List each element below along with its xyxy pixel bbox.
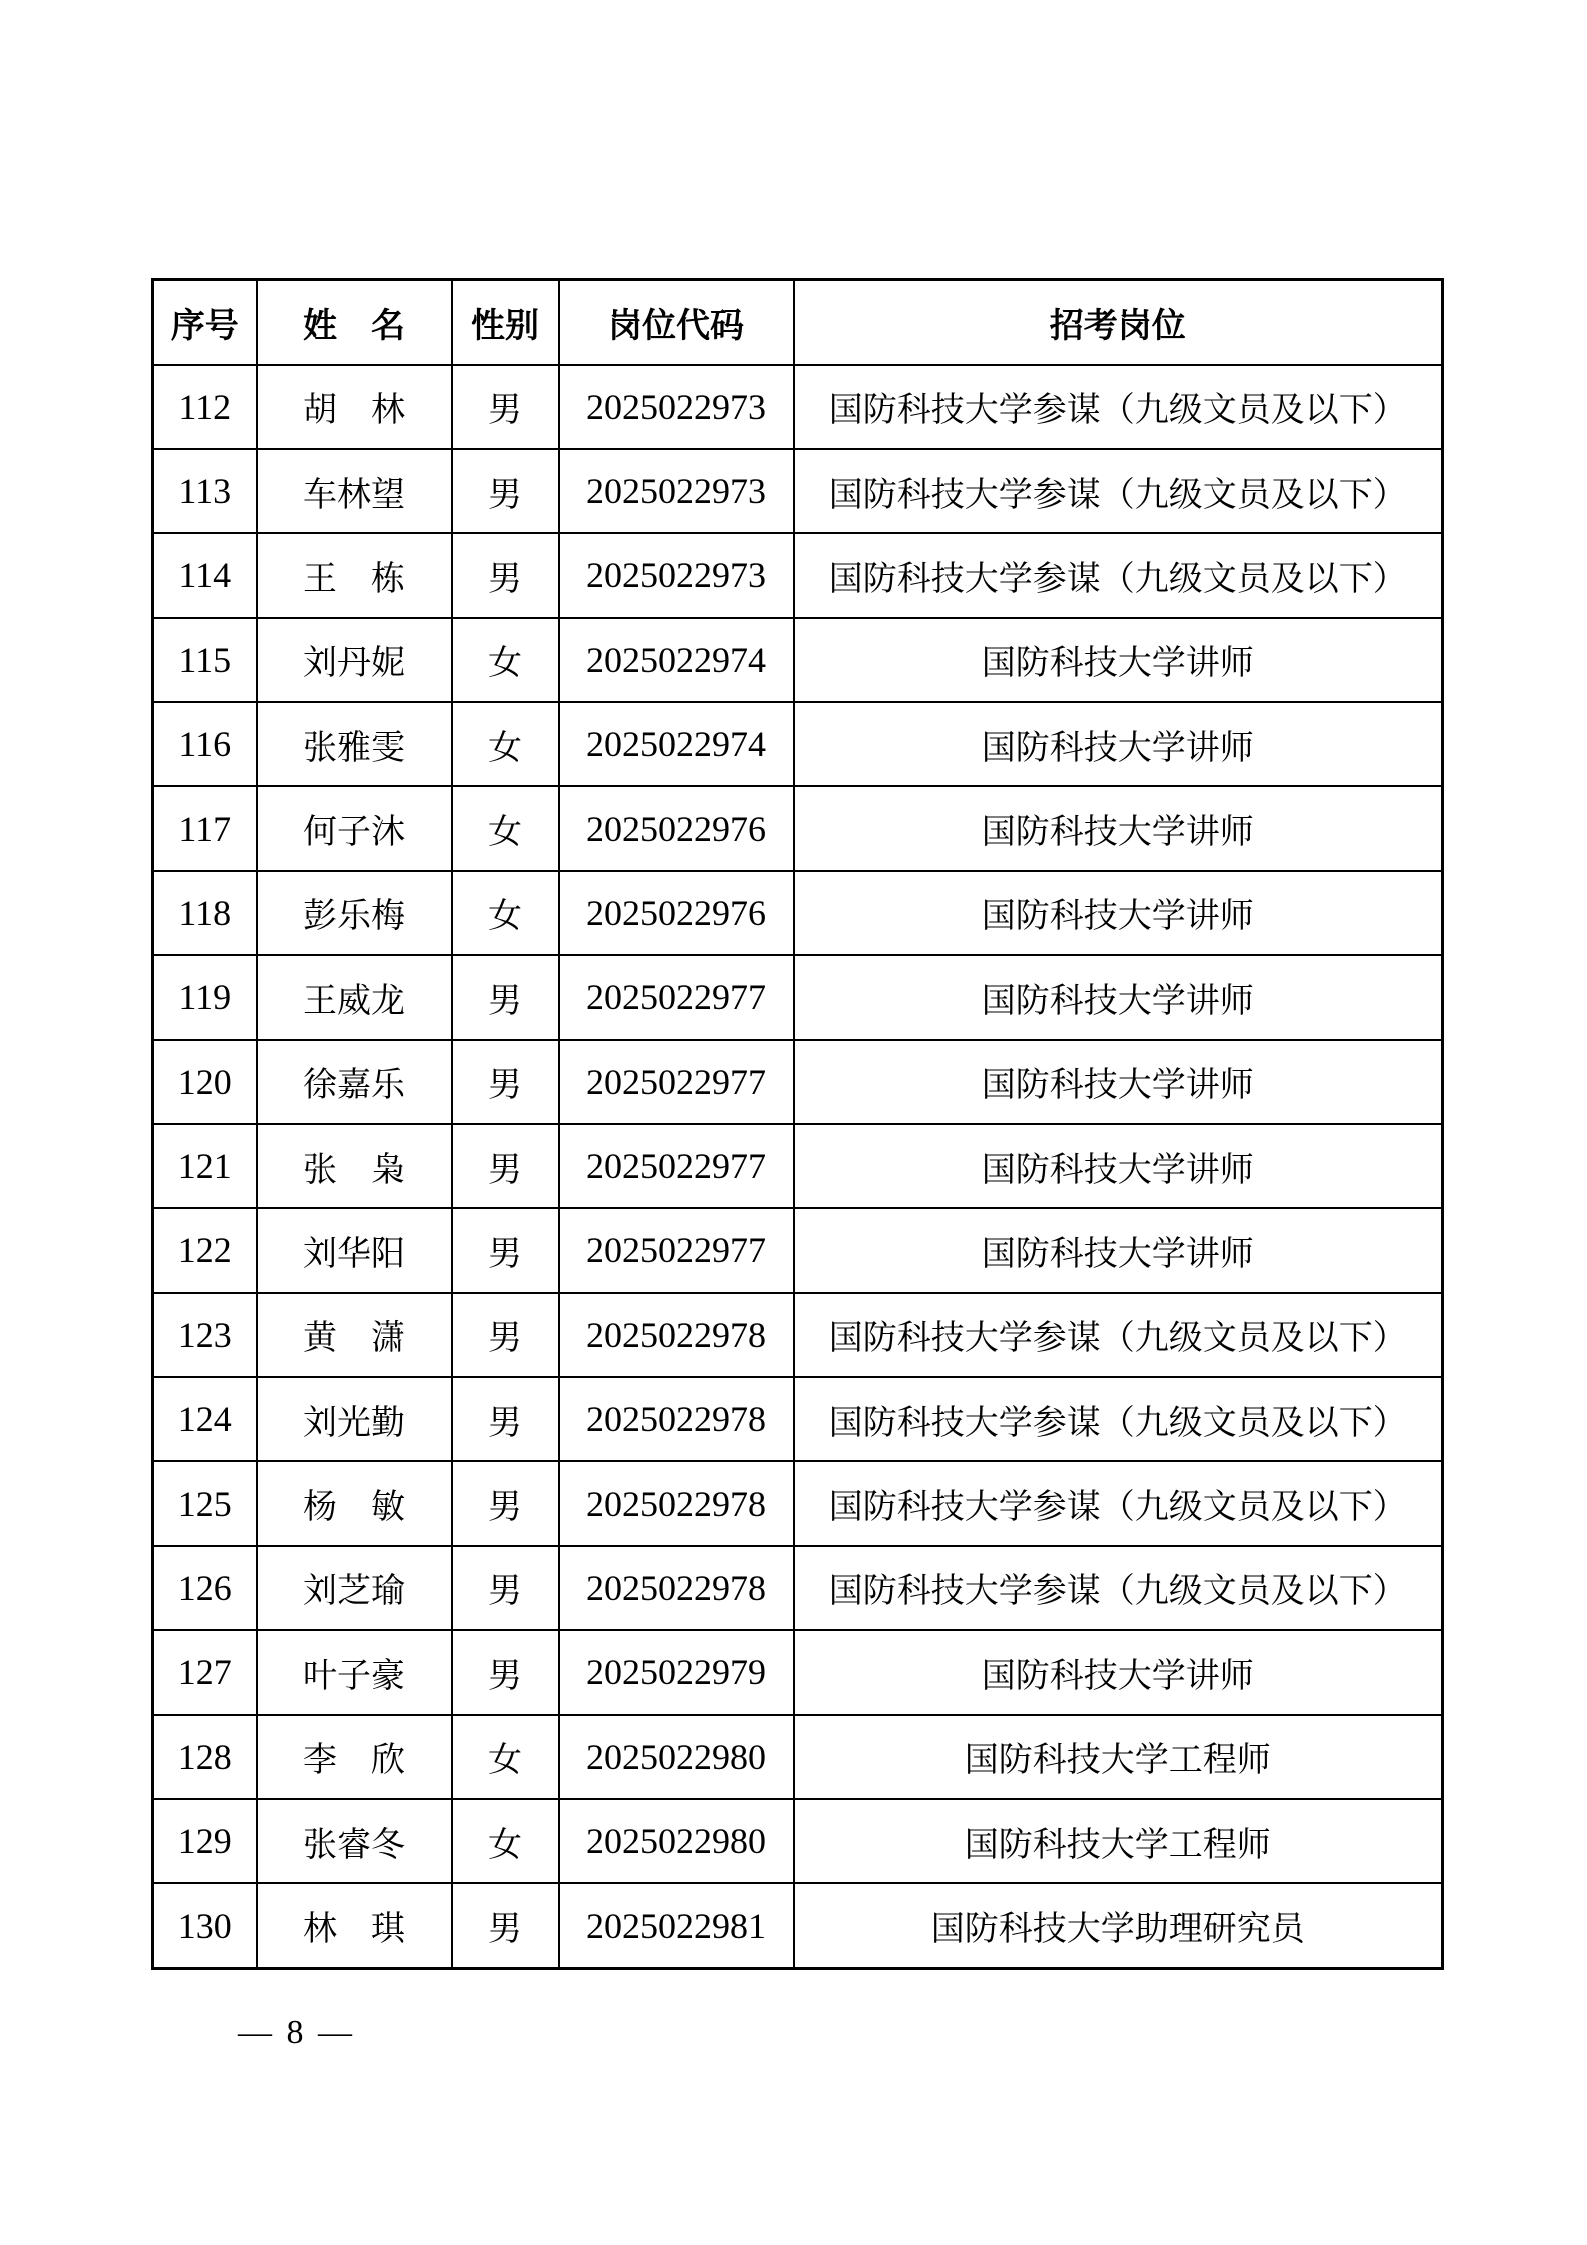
cell-gender: 男: [452, 365, 559, 449]
cell-name: 何子沐: [257, 786, 452, 870]
cell-gender: 女: [452, 618, 559, 702]
cell-serial-number: 129: [153, 1799, 257, 1883]
header-cell-serial-number: 序号: [153, 280, 257, 365]
cell-gender: 男: [452, 1124, 559, 1208]
table-row: 130 林 琪 男 2025022981 国防科技大学助理研究员: [153, 1883, 1443, 1968]
table-row: 122 刘华阳 男 2025022977 国防科技大学讲师: [153, 1208, 1443, 1292]
cell-recruitment-position: 国防科技大学参谋（九级文员及以下）: [794, 1293, 1443, 1377]
table-row: 125 杨 敏 男 2025022978 国防科技大学参谋（九级文员及以下）: [153, 1461, 1443, 1545]
cell-name: 张睿冬: [257, 1799, 452, 1883]
cell-position-code: 2025022981: [559, 1883, 794, 1968]
cell-position-code: 2025022980: [559, 1715, 794, 1799]
table-row: 120 徐嘉乐 男 2025022977 国防科技大学讲师: [153, 1040, 1443, 1124]
cell-serial-number: 114: [153, 533, 257, 617]
cell-position-code: 2025022974: [559, 618, 794, 702]
header-cell-gender: 性别: [452, 280, 559, 365]
cell-recruitment-position: 国防科技大学参谋（九级文员及以下）: [794, 1377, 1443, 1461]
cell-position-code: 2025022973: [559, 449, 794, 533]
cell-gender: 男: [452, 1293, 559, 1377]
cell-position-code: 2025022974: [559, 702, 794, 786]
cell-serial-number: 120: [153, 1040, 257, 1124]
cell-position-code: 2025022976: [559, 871, 794, 955]
cell-name: 杨 敏: [257, 1461, 452, 1545]
cell-name: 林 琪: [257, 1883, 452, 1968]
table-row: 126 刘芝瑜 男 2025022978 国防科技大学参谋（九级文员及以下）: [153, 1546, 1443, 1630]
cell-recruitment-position: 国防科技大学参谋（九级文员及以下）: [794, 533, 1443, 617]
cell-gender: 男: [452, 955, 559, 1039]
cell-recruitment-position: 国防科技大学讲师: [794, 1124, 1443, 1208]
cell-name: 李 欣: [257, 1715, 452, 1799]
table-row: 121 张 枭 男 2025022977 国防科技大学讲师: [153, 1124, 1443, 1208]
cell-gender: 女: [452, 1799, 559, 1883]
cell-serial-number: 123: [153, 1293, 257, 1377]
cell-serial-number: 119: [153, 955, 257, 1039]
cell-serial-number: 115: [153, 618, 257, 702]
cell-serial-number: 126: [153, 1546, 257, 1630]
table-row: 116 张雅雯 女 2025022974 国防科技大学讲师: [153, 702, 1443, 786]
cell-position-code: 2025022973: [559, 533, 794, 617]
cell-recruitment-position: 国防科技大学讲师: [794, 955, 1443, 1039]
cell-name: 王威龙: [257, 955, 452, 1039]
cell-gender: 男: [452, 1883, 559, 1968]
cell-gender: 男: [452, 1630, 559, 1714]
cell-recruitment-position: 国防科技大学讲师: [794, 618, 1443, 702]
cell-recruitment-position: 国防科技大学参谋（九级文员及以下）: [794, 1546, 1443, 1630]
cell-name: 王 栋: [257, 533, 452, 617]
table-row: 115 刘丹妮 女 2025022974 国防科技大学讲师: [153, 618, 1443, 702]
cell-serial-number: 112: [153, 365, 257, 449]
table-row: 119 王威龙 男 2025022977 国防科技大学讲师: [153, 955, 1443, 1039]
cell-name: 黄 潇: [257, 1293, 452, 1377]
cell-gender: 男: [452, 449, 559, 533]
cell-recruitment-position: 国防科技大学讲师: [794, 702, 1443, 786]
cell-recruitment-position: 国防科技大学讲师: [794, 786, 1443, 870]
cell-serial-number: 121: [153, 1124, 257, 1208]
table-row: 118 彭乐梅 女 2025022976 国防科技大学讲师: [153, 871, 1443, 955]
cell-position-code: 2025022978: [559, 1293, 794, 1377]
cell-recruitment-position: 国防科技大学讲师: [794, 871, 1443, 955]
table-row: 124 刘光勤 男 2025022978 国防科技大学参谋（九级文员及以下）: [153, 1377, 1443, 1461]
cell-name: 张 枭: [257, 1124, 452, 1208]
cell-gender: 男: [452, 1546, 559, 1630]
cell-recruitment-position: 国防科技大学讲师: [794, 1630, 1443, 1714]
cell-gender: 男: [452, 1208, 559, 1292]
cell-name: 张雅雯: [257, 702, 452, 786]
cell-position-code: 2025022980: [559, 1799, 794, 1883]
document-page: 序号 姓 名 性别 岗位代码 招考岗位 112 胡 林 男 2025022973…: [0, 0, 1587, 2245]
cell-serial-number: 118: [153, 871, 257, 955]
cell-name: 刘芝瑜: [257, 1546, 452, 1630]
header-cell-name: 姓 名: [257, 280, 452, 365]
cell-gender: 男: [452, 1040, 559, 1124]
cell-name: 徐嘉乐: [257, 1040, 452, 1124]
cell-recruitment-position: 国防科技大学助理研究员: [794, 1883, 1443, 1968]
cell-position-code: 2025022977: [559, 1124, 794, 1208]
cell-recruitment-position: 国防科技大学参谋（九级文员及以下）: [794, 449, 1443, 533]
cell-serial-number: 116: [153, 702, 257, 786]
header-cell-recruitment-position: 招考岗位: [794, 280, 1443, 365]
cell-gender: 女: [452, 786, 559, 870]
cell-gender: 男: [452, 1377, 559, 1461]
header-row: 序号 姓 名 性别 岗位代码 招考岗位: [153, 280, 1443, 365]
cell-name: 胡 林: [257, 365, 452, 449]
cell-serial-number: 117: [153, 786, 257, 870]
cell-gender: 女: [452, 871, 559, 955]
cell-serial-number: 128: [153, 1715, 257, 1799]
header-cell-position-code: 岗位代码: [559, 280, 794, 365]
cell-recruitment-position: 国防科技大学工程师: [794, 1799, 1443, 1883]
cell-position-code: 2025022973: [559, 365, 794, 449]
cell-serial-number: 122: [153, 1208, 257, 1292]
cell-recruitment-position: 国防科技大学讲师: [794, 1208, 1443, 1292]
cell-name: 车林望: [257, 449, 452, 533]
cell-gender: 男: [452, 1461, 559, 1545]
cell-name: 刘光勤: [257, 1377, 452, 1461]
table-row: 127 叶子豪 男 2025022979 国防科技大学讲师: [153, 1630, 1443, 1714]
cell-serial-number: 127: [153, 1630, 257, 1714]
table-row: 123 黄 潇 男 2025022978 国防科技大学参谋（九级文员及以下）: [153, 1293, 1443, 1377]
cell-gender: 女: [452, 702, 559, 786]
cell-name: 彭乐梅: [257, 871, 452, 955]
cell-position-code: 2025022979: [559, 1630, 794, 1714]
cell-gender: 男: [452, 533, 559, 617]
table-row: 112 胡 林 男 2025022973 国防科技大学参谋（九级文员及以下）: [153, 365, 1443, 449]
cell-position-code: 2025022977: [559, 1208, 794, 1292]
cell-serial-number: 130: [153, 1883, 257, 1968]
table-body: 112 胡 林 男 2025022973 国防科技大学参谋（九级文员及以下） 1…: [153, 365, 1443, 1969]
cell-position-code: 2025022978: [559, 1377, 794, 1461]
recruitment-roster-table: 序号 姓 名 性别 岗位代码 招考岗位 112 胡 林 男 2025022973…: [151, 278, 1444, 1970]
table-row: 114 王 栋 男 2025022973 国防科技大学参谋（九级文员及以下）: [153, 533, 1443, 617]
cell-name: 叶子豪: [257, 1630, 452, 1714]
cell-position-code: 2025022977: [559, 955, 794, 1039]
cell-recruitment-position: 国防科技大学讲师: [794, 1040, 1443, 1124]
cell-recruitment-position: 国防科技大学参谋（九级文员及以下）: [794, 365, 1443, 449]
table-row: 128 李 欣 女 2025022980 国防科技大学工程师: [153, 1715, 1443, 1799]
cell-gender: 女: [452, 1715, 559, 1799]
cell-position-code: 2025022978: [559, 1546, 794, 1630]
cell-serial-number: 124: [153, 1377, 257, 1461]
page-number: — 8 —: [238, 2014, 352, 2052]
cell-recruitment-position: 国防科技大学参谋（九级文员及以下）: [794, 1461, 1443, 1545]
table-row: 129 张睿冬 女 2025022980 国防科技大学工程师: [153, 1799, 1443, 1883]
table-row: 117 何子沐 女 2025022976 国防科技大学讲师: [153, 786, 1443, 870]
cell-serial-number: 125: [153, 1461, 257, 1545]
cell-position-code: 2025022977: [559, 1040, 794, 1124]
cell-name: 刘华阳: [257, 1208, 452, 1292]
table-row: 113 车林望 男 2025022973 国防科技大学参谋（九级文员及以下）: [153, 449, 1443, 533]
cell-name: 刘丹妮: [257, 618, 452, 702]
cell-serial-number: 113: [153, 449, 257, 533]
cell-position-code: 2025022978: [559, 1461, 794, 1545]
cell-position-code: 2025022976: [559, 786, 794, 870]
cell-recruitment-position: 国防科技大学工程师: [794, 1715, 1443, 1799]
